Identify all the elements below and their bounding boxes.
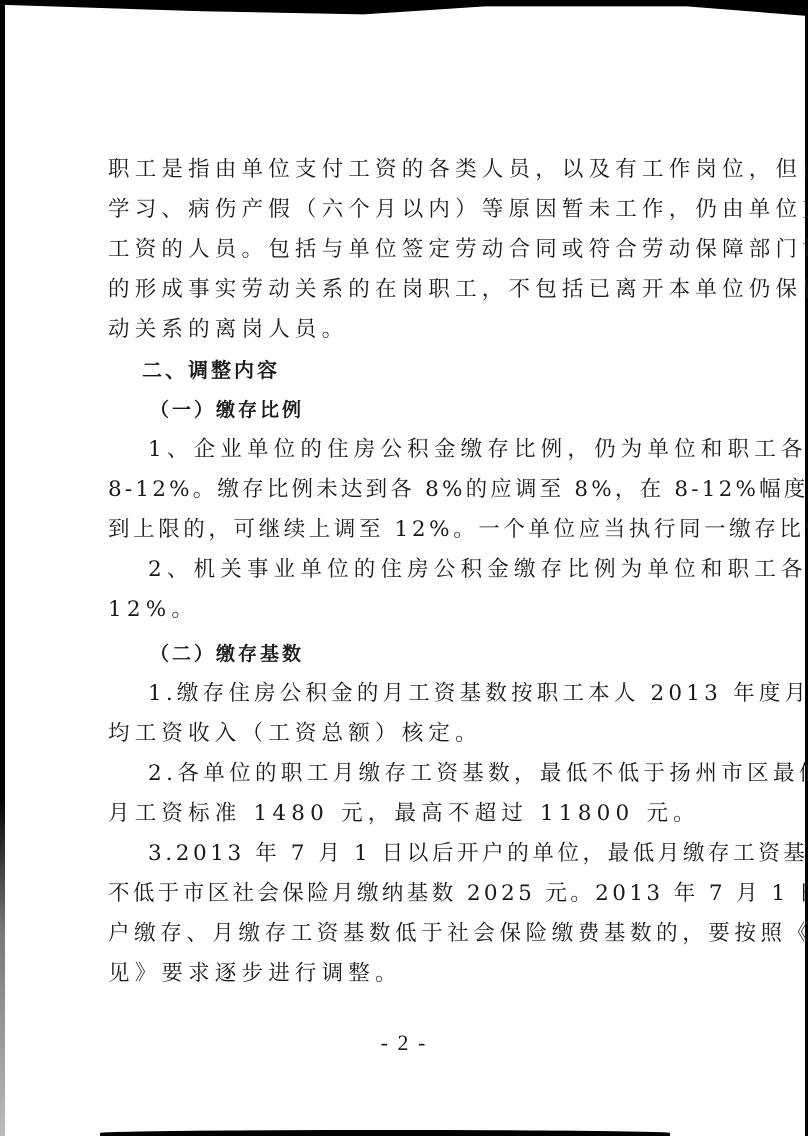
text-line: 到上限的，可继续上调至 12%。一个单位应当执行同一缴存比例。 <box>108 510 712 550</box>
scan-border-left <box>0 0 5 1136</box>
text-line: 工资的人员。包括与单位签定劳动合同或符合劳动保障部门认定 <box>108 230 712 270</box>
text-line: 职工是指由单位支付工资的各类人员，以及有工作岗位，但由于 <box>108 150 712 190</box>
scan-border-top <box>0 0 808 16</box>
list-item: 3.2013 年 7 月 1 日以后开户的单位，最低月缴存工资基数 不低于市区社… <box>108 834 712 994</box>
text-line: 2、机关事业单位的住房公积金缴存比例为单位和职工各 <box>108 550 712 590</box>
page-number: - 2 - <box>0 1030 808 1056</box>
text-line: 1.缴存住房公积金的月工资基数按职工本人 2013 年度月平 <box>108 674 712 714</box>
text-line: 学习、病伤产假（六个月以内）等原因暂未工作，仍由单位支付 <box>108 190 712 230</box>
subsection-heading: （二）缴存基数 <box>108 634 712 674</box>
text-line: 动关系的离岗人员。 <box>108 310 712 350</box>
subsection-heading: （一）缴存比例 <box>108 390 712 430</box>
document-page: 职工是指由单位支付工资的各类人员，以及有工作岗位，但由于 学习、病伤产假（六个月… <box>108 150 712 994</box>
text-line: 户缴存、月缴存工资基数低于社会保险缴费基数的，要按照《意 <box>108 914 712 954</box>
intro-paragraph: 职工是指由单位支付工资的各类人员，以及有工作岗位，但由于 学习、病伤产假（六个月… <box>108 150 712 350</box>
list-item: 1、企业单位的住房公积金缴存比例，仍为单位和职工各 8-12%。缴存比例未达到各… <box>108 430 712 550</box>
text-line: 12%。 <box>108 590 712 630</box>
text-line: 见》要求逐步进行调整。 <box>108 954 712 994</box>
text-line: 的形成事实劳动关系的在岗职工，不包括已离开本单位仍保留劳 <box>108 270 712 310</box>
list-item: 2.各单位的职工月缴存工资基数，最低不低于扬州市区最低 月工资标准 1480 元… <box>108 754 712 834</box>
list-item: 2、机关事业单位的住房公积金缴存比例为单位和职工各 12%。 <box>108 550 712 630</box>
section-heading: 二、调整内容 <box>108 350 712 390</box>
list-item: 1.缴存住房公积金的月工资基数按职工本人 2013 年度月平 均工资收入（工资总… <box>108 674 712 754</box>
text-line: 3.2013 年 7 月 1 日以后开户的单位，最低月缴存工资基数 <box>108 834 712 874</box>
text-line: 均工资收入（工资总额）核定。 <box>108 714 712 754</box>
text-line: 1、企业单位的住房公积金缴存比例，仍为单位和职工各 <box>108 430 712 470</box>
text-line: 不低于市区社会保险月缴纳基数 2025 元。2013 年 7 月 1 日前开 <box>108 874 712 914</box>
text-line: 8-12%。缴存比例未达到各 8%的应调至 8%，在 8-12%幅度内未达 <box>108 470 712 510</box>
text-line: 月工资标准 1480 元，最高不超过 11800 元。 <box>108 794 712 834</box>
text-line: 2.各单位的职工月缴存工资基数，最低不低于扬州市区最低 <box>108 754 712 794</box>
scan-border-bottom <box>100 1130 670 1136</box>
